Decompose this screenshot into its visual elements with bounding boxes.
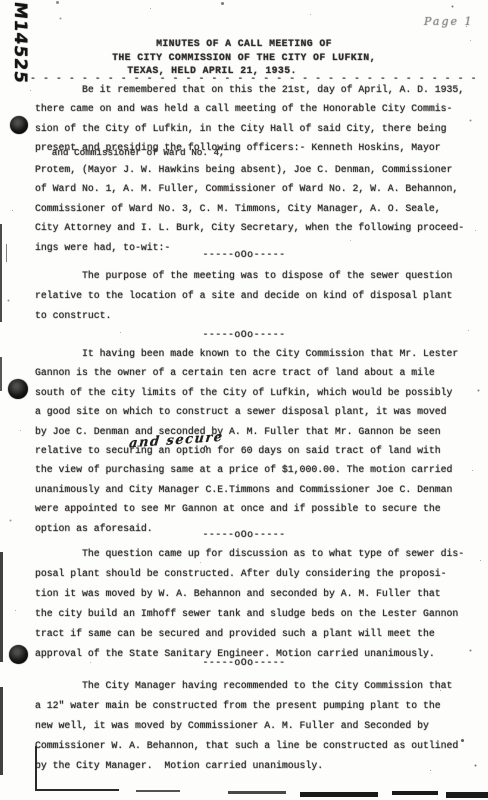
bottom-edge-mark <box>392 791 438 795</box>
text-line: a good site on which to construct a sewe… <box>35 402 482 421</box>
document-title: MINUTES OF A CALL MEETING OF THE CITY CO… <box>0 37 488 78</box>
text-line: a 12" water main be constructed from the… <box>35 696 482 716</box>
text-line: The City Manager having recommended to t… <box>35 676 482 696</box>
text-line: Gannon is the owner of a certain ten acr… <box>35 363 482 382</box>
text-line: tion it was moved by W. A. Behannon and … <box>35 584 482 604</box>
bottom-edge-mark <box>300 792 378 797</box>
text-line: It having been made known to the City Co… <box>35 344 482 363</box>
text-line: Protem, (Mayor J. W. Hawkins being absen… <box>35 160 482 179</box>
document-page: M14525 Page 1 MINUTES OF A CALL MEETING … <box>0 0 488 800</box>
title-line: THE CITY COMMISSION OF THE CITY OF LUFKI… <box>0 51 488 65</box>
section-divider: -----oOo----- <box>0 656 488 670</box>
bottom-edge-mark <box>228 791 286 794</box>
hole-punch-mark <box>10 116 28 134</box>
minutes-paragraph-purpose: The purpose of the meeting was to dispos… <box>35 266 482 326</box>
text-line: the city build an Imhoff sewer tank and … <box>35 604 482 624</box>
text-line: Commissioner of Ward No. 3, C. M. Timmon… <box>35 199 482 218</box>
text-line: to construct. <box>35 306 482 326</box>
text-line: Be it remembered that on this the 21st, … <box>35 80 482 99</box>
section-divider: -----oOo----- <box>0 248 488 262</box>
bottom-edge-mark <box>136 790 180 792</box>
minutes-paragraph-imhoff-tank: The question came up for discussion as t… <box>35 544 482 664</box>
binder-edge-mark <box>0 357 2 391</box>
text-line: by Joe C. Denman and seconded by A. M. F… <box>35 422 482 441</box>
minutes-paragraph-water-main: The City Manager having recommended to t… <box>35 676 482 776</box>
text-line: there came on and was held a call meetin… <box>35 99 482 118</box>
section-divider: -----oOo----- <box>0 328 488 342</box>
bottom-edge-mark <box>446 792 488 798</box>
text-line: relative to securing an option for 60 da… <box>35 441 482 460</box>
text-line: relative to the location of a site and d… <box>35 286 482 306</box>
text-line: the view of purchasing same at a price o… <box>35 460 482 479</box>
caret-insertion-mark: ^ <box>203 445 208 455</box>
minutes-paragraph-attendance: Be it remembered that on this the 21st, … <box>35 80 482 158</box>
minutes-paragraph-attendance-cont: Protem, (Mayor J. W. Hawkins being absen… <box>35 160 482 257</box>
text-line: new well, it was moved by Commissioner A… <box>35 716 482 736</box>
title-line: MINUTES OF A CALL MEETING OF <box>0 37 488 51</box>
text-line: were appointed to see Mr Gannon at once … <box>35 499 482 518</box>
binder-edge-mark <box>0 687 3 775</box>
text-line: posal plant should be constructed. After… <box>35 564 482 584</box>
text-line: sion of the City of Lufkin, in the City … <box>35 119 482 138</box>
page-corner-line <box>35 746 37 791</box>
text-line: Commissioner W. A. Behannon, that such a… <box>35 736 482 756</box>
text-line: tract if same can be secured and provide… <box>35 624 482 644</box>
text-line: by the City Manager. Motion carried unan… <box>35 756 482 776</box>
text-line: City Attorney and I. L. Burk, City Secre… <box>35 218 482 237</box>
text-line: The purpose of the meeting was to dispos… <box>35 266 482 286</box>
page-number-annotation: Page 1 <box>424 15 474 28</box>
minutes-paragraph-gannon-tract: It having been made known to the City Co… <box>35 344 482 538</box>
typed-insertion-line: and Commissioner of Ward No. 4, <box>35 148 225 158</box>
page-corner-line <box>35 789 119 791</box>
text-line: The question came up for discussion as t… <box>35 544 482 564</box>
text-line: unanimously and City Manager C.E.Timmons… <box>35 480 482 499</box>
binder-edge-mark <box>0 224 2 322</box>
text-line: of Ward No. 1, A. M. Fuller, Commissione… <box>35 179 482 198</box>
section-divider: -----oOo----- <box>0 528 488 542</box>
text-line: south of the city limits of the City of … <box>35 383 482 402</box>
noise-speckles <box>0 0 1 1</box>
hole-punch-mark <box>8 379 28 399</box>
binder-edge-mark <box>0 552 3 662</box>
